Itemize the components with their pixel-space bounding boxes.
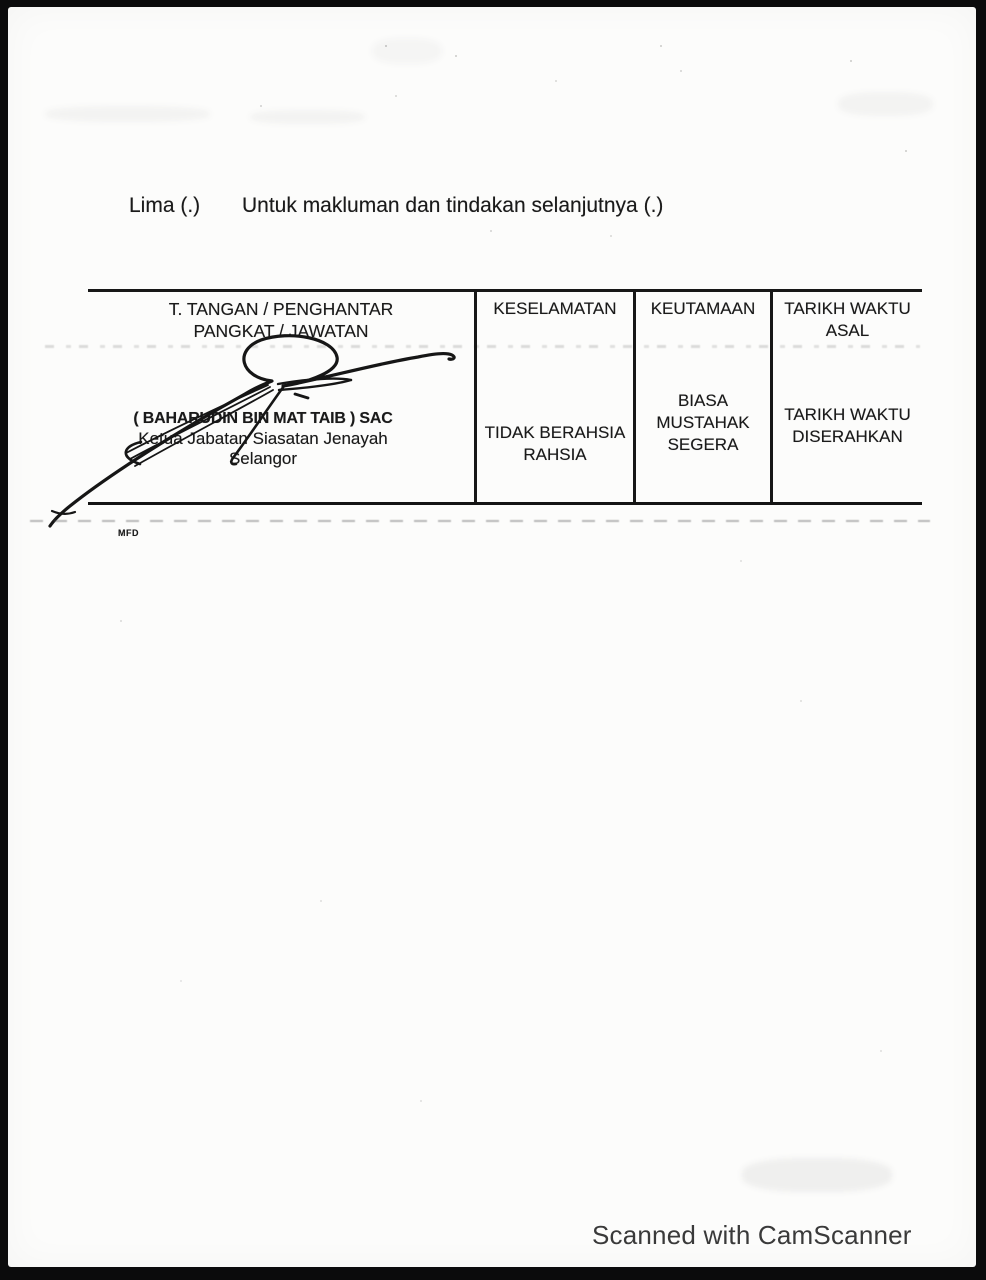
cell-keselamatan-options: TIDAK BERAHSIA RAHSIA: [477, 422, 633, 466]
footnote-mfd: MFD: [118, 528, 139, 538]
scan-smudge: [372, 38, 442, 64]
header-line: KEUTAMAAN: [636, 298, 770, 320]
option-text: BIASA: [636, 390, 770, 412]
option-text: SEGERA: [636, 434, 770, 456]
paragraph-number: Lima (.): [129, 194, 200, 218]
cell-tarikh-diserahkan: TARIKH WAKTU DISERAHKAN: [773, 404, 922, 448]
header-line: ASAL: [773, 320, 922, 342]
camscanner-watermark: Scanned with CamScanner: [592, 1220, 912, 1251]
instruction-text: Untuk makluman dan tindakan selanjutnya …: [242, 194, 663, 218]
scan-smudge: [838, 92, 933, 116]
option-text: TARIKH WAKTU: [773, 404, 922, 426]
handwritten-signature: [40, 330, 480, 540]
scan-smudge: [742, 1158, 892, 1192]
header-line: T. TANGAN / PENGHANTAR: [88, 298, 474, 320]
cell-keutamaan-options: BIASA MUSTAHAK SEGERA: [636, 390, 770, 456]
scan-smudge: [250, 110, 365, 124]
header-keutamaan: KEUTAMAAN: [636, 298, 770, 320]
header-line: KESELAMATAN: [477, 298, 633, 320]
scan-dotted-line: [30, 520, 930, 522]
option-text: DISERAHKAN: [773, 426, 922, 448]
option-text: MUSTAHAK: [636, 412, 770, 434]
option-text: RAHSIA: [477, 444, 633, 466]
header-tarikh-waktu-asal: TARIKH WAKTU ASAL: [773, 298, 922, 342]
header-line: TARIKH WAKTU: [773, 298, 922, 320]
option-text: TIDAK BERAHSIA: [477, 422, 633, 444]
header-keselamatan: KESELAMATAN: [477, 298, 633, 320]
scan-smudge: [45, 106, 210, 122]
scanned-document: Lima (.) Untuk makluman dan tindakan sel…: [0, 0, 986, 1280]
